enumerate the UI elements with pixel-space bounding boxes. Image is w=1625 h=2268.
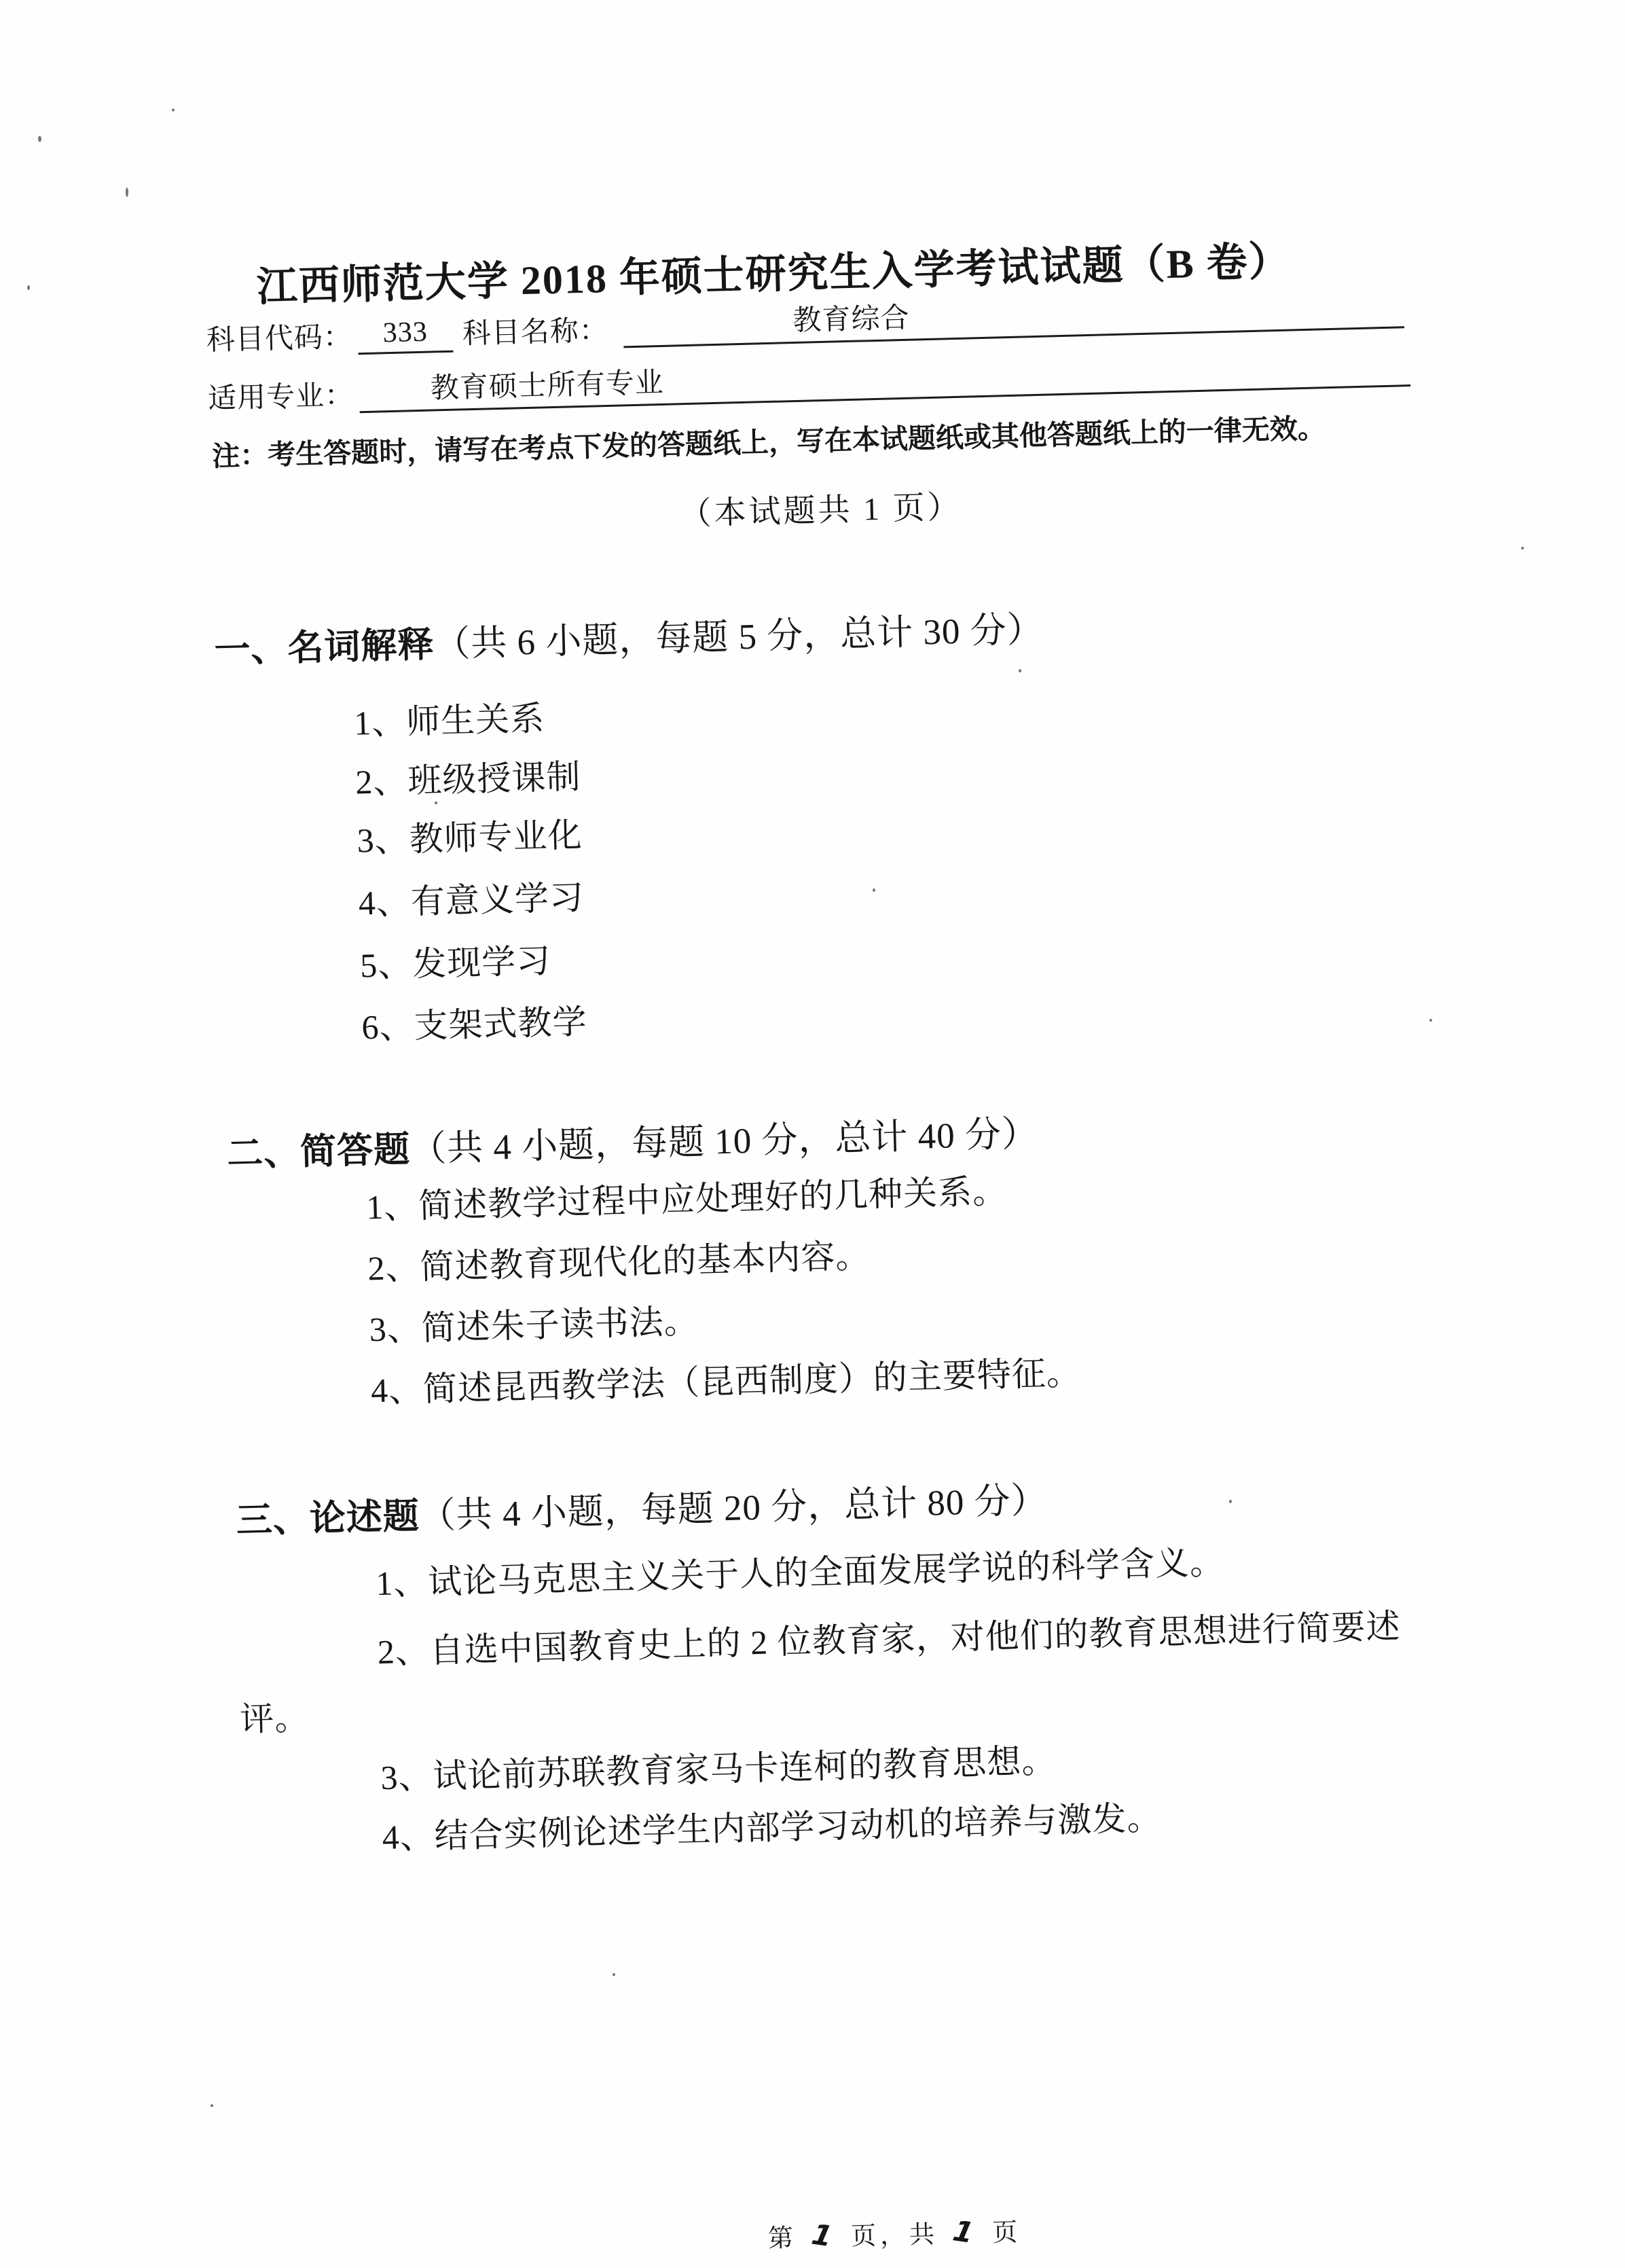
question-item: 4、结合实例论述学生内部学习动机的培养与激发。 <box>382 1790 1162 1859</box>
footer-total-page-number: 1 <box>947 2214 984 2250</box>
question-item: 1、简述教学过程中应处理好的几种关系。 <box>365 1164 1008 1229</box>
section-2-title: 二、简答题 <box>227 1130 411 1174</box>
section-3-title: 三、论述题 <box>236 1497 420 1541</box>
section-3-points: （共 4 小题，每题 20 分，总计 80 分） <box>419 1481 1048 1536</box>
section-3-heading: 三、论述题（共 4 小题，每题 20 分，总计 80 分） <box>236 1471 1048 1543</box>
scan-speck <box>1019 669 1021 672</box>
scan-speck <box>1229 1500 1232 1503</box>
page-footer: 第1页，共1页 <box>767 2211 1022 2254</box>
question-item: 1、试论马克思主义关于人的全面发展学说的科学含义。 <box>375 1535 1224 1606</box>
footer-label: 页 <box>992 2218 1022 2247</box>
scan-speck <box>172 109 175 111</box>
subject-code-label: 科目代码： <box>206 321 352 356</box>
applicable-major-value: 教育硕士所有专业 <box>359 341 1410 413</box>
scan-speck <box>38 136 41 142</box>
footer-label: 页，共 <box>851 2221 939 2251</box>
question-item: 2、简述教育现代化的基本内容。 <box>367 1229 871 1291</box>
question-item: 3、简述朱子读书法。 <box>369 1294 699 1351</box>
scan-speck <box>613 1973 615 1976</box>
question-item: 4、简述昆西教学法（昆西制度）的主要特征。 <box>370 1346 1081 1412</box>
scan-speck <box>211 2104 213 2107</box>
question-item: 2、班级授课制 <box>354 749 581 804</box>
question-item: 1、师生关系 <box>353 691 545 744</box>
exam-paper: 江西师范大学 2018 年硕士研究生入学考试试题（B 卷） 科目代码：333科目… <box>202 203 1476 2268</box>
scan-speck <box>126 187 128 197</box>
footer-label: 第 <box>767 2225 797 2253</box>
scan-speck <box>1521 547 1524 550</box>
question-item: 5、发现学习 <box>359 933 551 987</box>
scan-speck <box>1429 1019 1432 1022</box>
section-2-points: （共 4 小题，每题 10 分，总计 40 分） <box>409 1114 1038 1169</box>
applicable-major-label: 适用专业： <box>208 380 354 414</box>
scan-speck <box>27 285 30 290</box>
scan-speck <box>435 802 437 804</box>
footer-current-page-number: 1 <box>805 2218 842 2253</box>
question-item: 6、支架式教学 <box>361 994 588 1049</box>
section-1-heading: 一、名词解释（共 6 小题，每题 5 分，总计 30 分） <box>213 600 1044 673</box>
question-item: 4、有意义学习 <box>358 870 585 924</box>
question-item: 3、教师专业化 <box>357 808 583 862</box>
question-item: 2、自选中国教育史上的 2 位教育家，对他们的教育思想进行简要述评。 <box>238 1593 1463 1751</box>
answer-sheet-notice: 注：考生答题时，请写在考点下发的答题纸上，写在本试题纸或其他答题纸上的一律无效。 <box>211 406 1326 473</box>
section-1-title: 一、名词解释 <box>214 626 435 670</box>
section-1-points: （共 6 小题，每题 5 分，总计 30 分） <box>434 610 1044 665</box>
page-count-note: （本试题共 1 页） <box>209 469 1432 546</box>
subject-code-value: 333 <box>357 315 453 355</box>
subject-name-label: 科目名称： <box>462 315 608 350</box>
scan-speck <box>873 888 875 892</box>
